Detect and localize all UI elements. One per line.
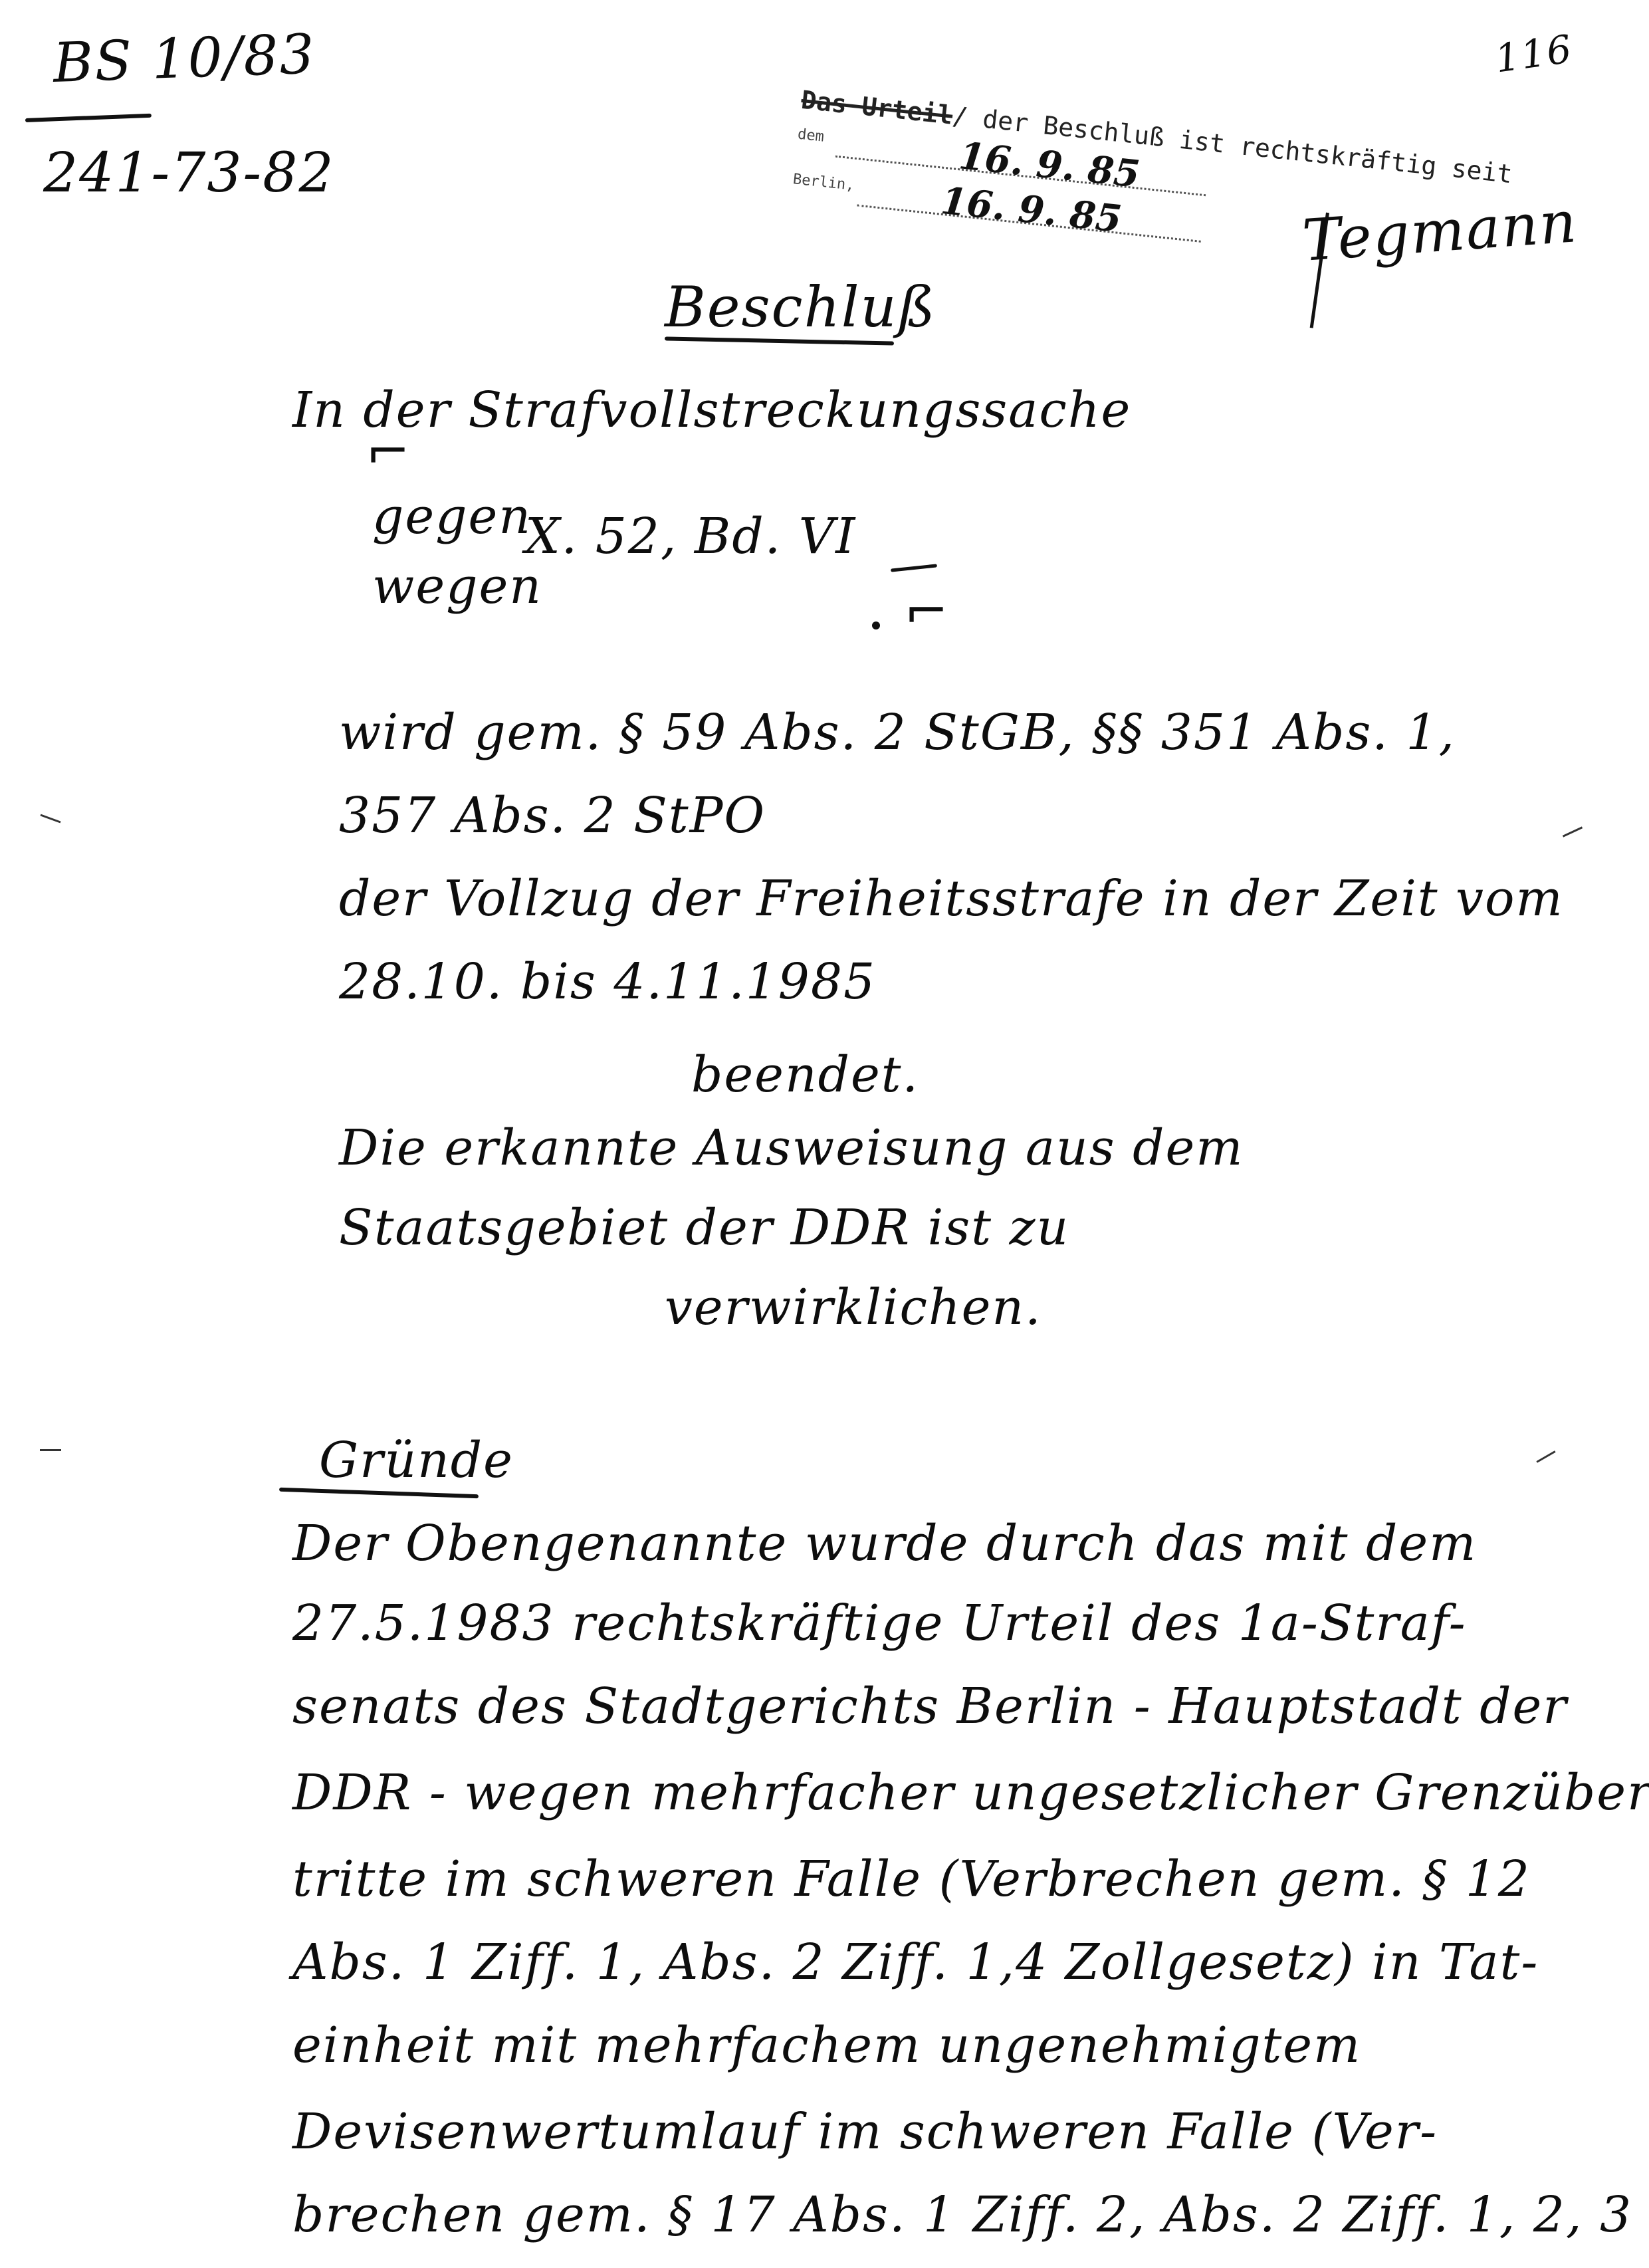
operative-line: 357 Abs. 2 StPO [339,791,766,840]
margin-mark [40,814,60,824]
case-number: BS 10/83 [53,27,316,91]
grounds-line: brechen gem. § 17 Abs. 1 Ziff. 2, Abs. 2… [292,2190,1632,2239]
margin-mark [40,1449,61,1451]
operative-line: beendet. [691,1050,919,1099]
operative-line: wird gem. § 59 Abs. 2 StGB, §§ 351 Abs. … [339,708,1456,757]
stamp-heading: Das Urteil/ der Beschluß ist rechtskräft… [800,85,1513,189]
defendant-reference: X. 52, Bd. VI [525,512,856,561]
stamp-struck-text: Das Urteil [800,85,954,130]
grounds-line: 27.5.1983 rechtskräftige Urteil des 1a-S… [292,1599,1467,1648]
document-page: BS 10/83 241-73-82 116 Das Urteil/ der B… [0,0,1649,2268]
grounds-underline [279,1488,479,1498]
bracket-open-mark: ⌐ [366,425,411,479]
grounds-line: Abs. 1 Ziff. 1, Abs. 2 Ziff. 1,4 Zollges… [292,1938,1539,1987]
operative-line: Die erkannte Ausweisung aus dem [339,1123,1244,1173]
grounds-line: einheit mit mehrfachem ungenehmigtem [292,2021,1361,2070]
operative-line: der Vollzug der Freiheitsstrafe in der Z… [339,874,1564,923]
dot-mark [872,622,880,629]
stamp-label-berlin: Berlin, [792,171,855,194]
grounds-line: DDR - wegen mehrfacher ungesetzlicher Gr… [292,1768,1649,1817]
grounds-line: Der Obengenannte wurde durch das mit dem [292,1519,1477,1568]
defendant-underline [891,564,937,572]
operative-line: verwirklichen. [665,1283,1042,1332]
grounds-line: Devisenwertumlauf im schweren Falle (Ver… [292,2107,1438,2156]
bracket-close-mark: ⌐ [904,585,950,638]
stamp-label-dem: dem [797,126,825,146]
folio-number: 116 [1493,29,1575,78]
file-number: 241-73-82 [43,146,335,201]
operative-line: Staatsgebiet der DDR ist zu [339,1203,1069,1252]
gegen-label: gegen [372,492,532,541]
margin-mark [1563,826,1583,837]
signature: Tegmann [1301,193,1579,270]
wegen-label: wegen [372,562,542,611]
grounds-line: senats des Stadtgerichts Berlin - Haupts… [292,1682,1568,1731]
case-number-divider [25,114,152,122]
grounds-line: tritte im schweren Falle (Verbrechen gem… [292,1855,1531,1904]
grounds-heading: Gründe [319,1436,514,1485]
document-title: Beschluß [665,279,936,335]
margin-mark [1536,1450,1555,1463]
operative-line: 28.10. bis 4.11.1985 [339,957,876,1006]
intro-line: In der Strafvollstreckungssache [292,386,1131,435]
